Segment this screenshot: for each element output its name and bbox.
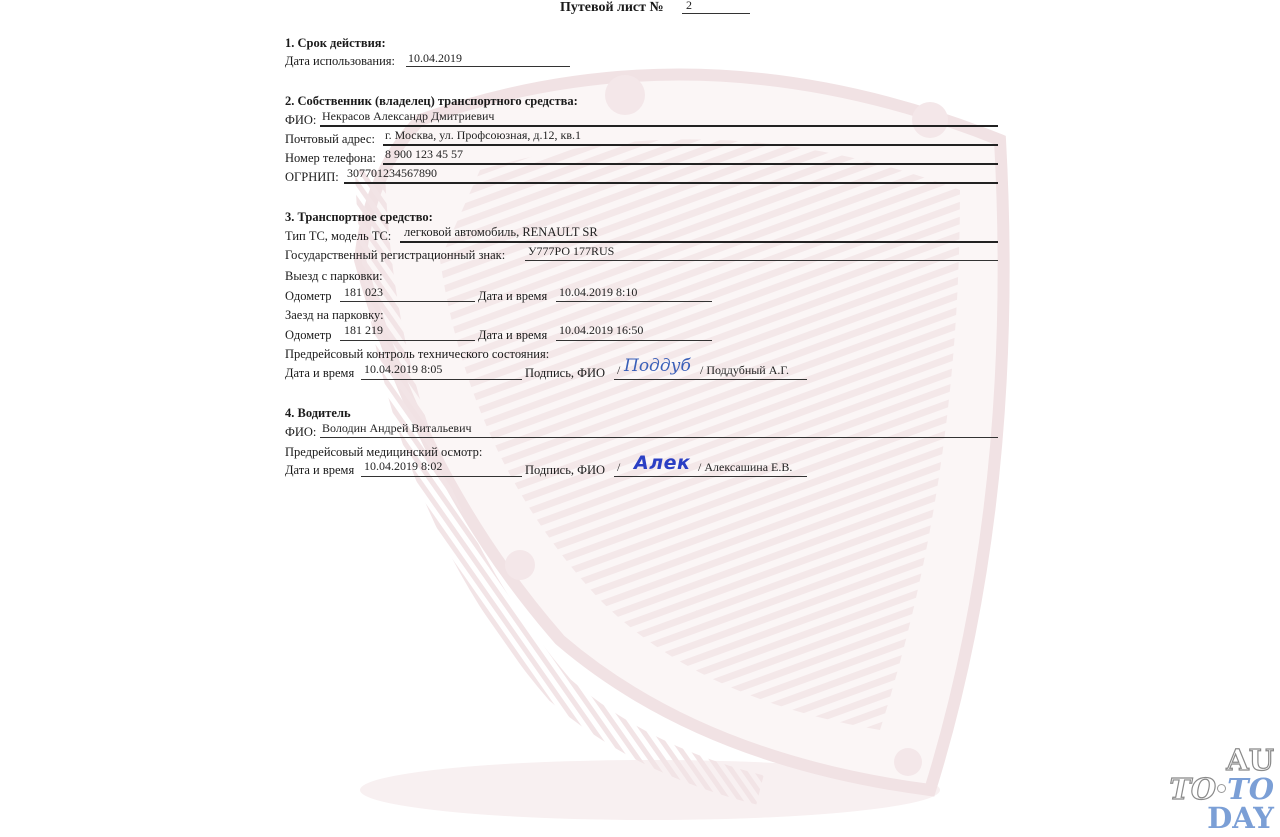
med-examiner-name: / Алексашина Е.В. [698,460,792,475]
tech-slash: / [617,363,620,378]
owner-address-underline [383,144,998,146]
page-title: Путевой лист № [560,0,664,16]
tech-datetime-label: Дата и время [285,366,354,381]
med-signature-label: Подпись, ФИО [525,463,605,478]
plate-label: Государственный регистрационный знак: [285,248,505,263]
owner-phone-field: 8 900 123 45 57 [385,147,463,162]
arrival-datetime-label: Дата и время [478,328,547,343]
waybill-document: Путевой лист № 2 1. Срок действия: Дата … [0,0,1280,837]
vehicle-type-underline [400,241,998,243]
med-datetime-label: Дата и время [285,463,354,478]
driver-fio-field: Володин Андрей Витальевич [322,421,472,436]
arrival-datetime-field: 10.04.2019 16:50 [559,323,643,338]
logo-dot-icon [1217,784,1226,793]
departure-datetime-underline [556,301,712,302]
driver-fio-label: ФИО: [285,425,316,440]
tech-control-label: Предрейсовый контроль технического состо… [285,347,549,362]
driver-fio-underline [320,437,998,438]
usage-date-label: Дата использования: [285,54,395,69]
logo-line3: DAY [1207,801,1274,835]
medical-label: Предрейсовый медицинский осмотр: [285,445,482,460]
arrival-datetime-underline [556,340,712,341]
owner-fio-field: Некрасов Александр Дмитриевич [322,109,494,124]
owner-fio-underline [320,125,998,127]
med-datetime-field: 10.04.2019 8:02 [364,459,442,474]
tech-signature-underline [614,379,807,380]
tech-signature: Поддуб [624,356,691,376]
vehicle-type-field: легковой автомобиль, RENAULT SR [404,225,598,240]
tech-inspector-name: / Поддубный А.Г. [700,363,789,378]
owner-ogrnip-label: ОГРНИП: [285,170,339,185]
plate-field: У777РО 177RUS [528,244,614,259]
departure-odometer-label: Одометр [285,289,332,304]
departure-odometer-field: 181 023 [344,285,383,300]
departure-label: Выезд с парковки: [285,269,383,284]
owner-fio-label: ФИО: [285,113,316,128]
owner-phone-label: Номер телефона: [285,151,376,166]
owner-address-field: г. Москва, ул. Профсоюзная, д.12, кв.1 [385,128,581,143]
tech-signature-label: Подпись, ФИО [525,366,605,381]
section-vehicle-heading: 3. Транспортное средство: [285,210,433,225]
arrival-odometer-label: Одометр [285,328,332,343]
vehicle-type-label: Тип ТС, модель ТС: [285,229,391,244]
section-owner-heading: 2. Собственник (владелец) транспортного … [285,94,578,109]
departure-datetime-label: Дата и время [478,289,547,304]
owner-phone-underline [383,163,998,165]
number-underline [682,13,750,14]
arrival-odometer-field: 181 219 [344,323,383,338]
autotoday-logo: AU TOTO DAY [1169,746,1274,833]
arrival-odometer-underline [340,340,475,341]
med-datetime-underline [361,476,522,477]
med-signature-underline [614,476,807,477]
usage-date-field: 10.04.2019 [408,51,462,66]
waybill-number: 2 [686,0,692,13]
departure-datetime-field: 10.04.2019 8:10 [559,285,637,300]
usage-date-underline [406,66,570,67]
tech-datetime-underline [361,379,522,380]
departure-odometer-underline [340,301,475,302]
owner-address-label: Почтовый адрес: [285,132,375,147]
med-signature: Алек [634,452,690,474]
section-validity-heading: 1. Срок действия: [285,36,386,51]
tech-datetime-field: 10.04.2019 8:05 [364,362,442,377]
plate-underline [525,260,998,261]
arrival-label: Заезд на парковку: [285,308,384,323]
owner-ogrnip-field: 307701234567890 [347,166,437,181]
owner-ogrnip-underline [344,182,998,184]
med-slash: / [617,460,620,475]
section-driver-heading: 4. Водитель [285,406,351,421]
